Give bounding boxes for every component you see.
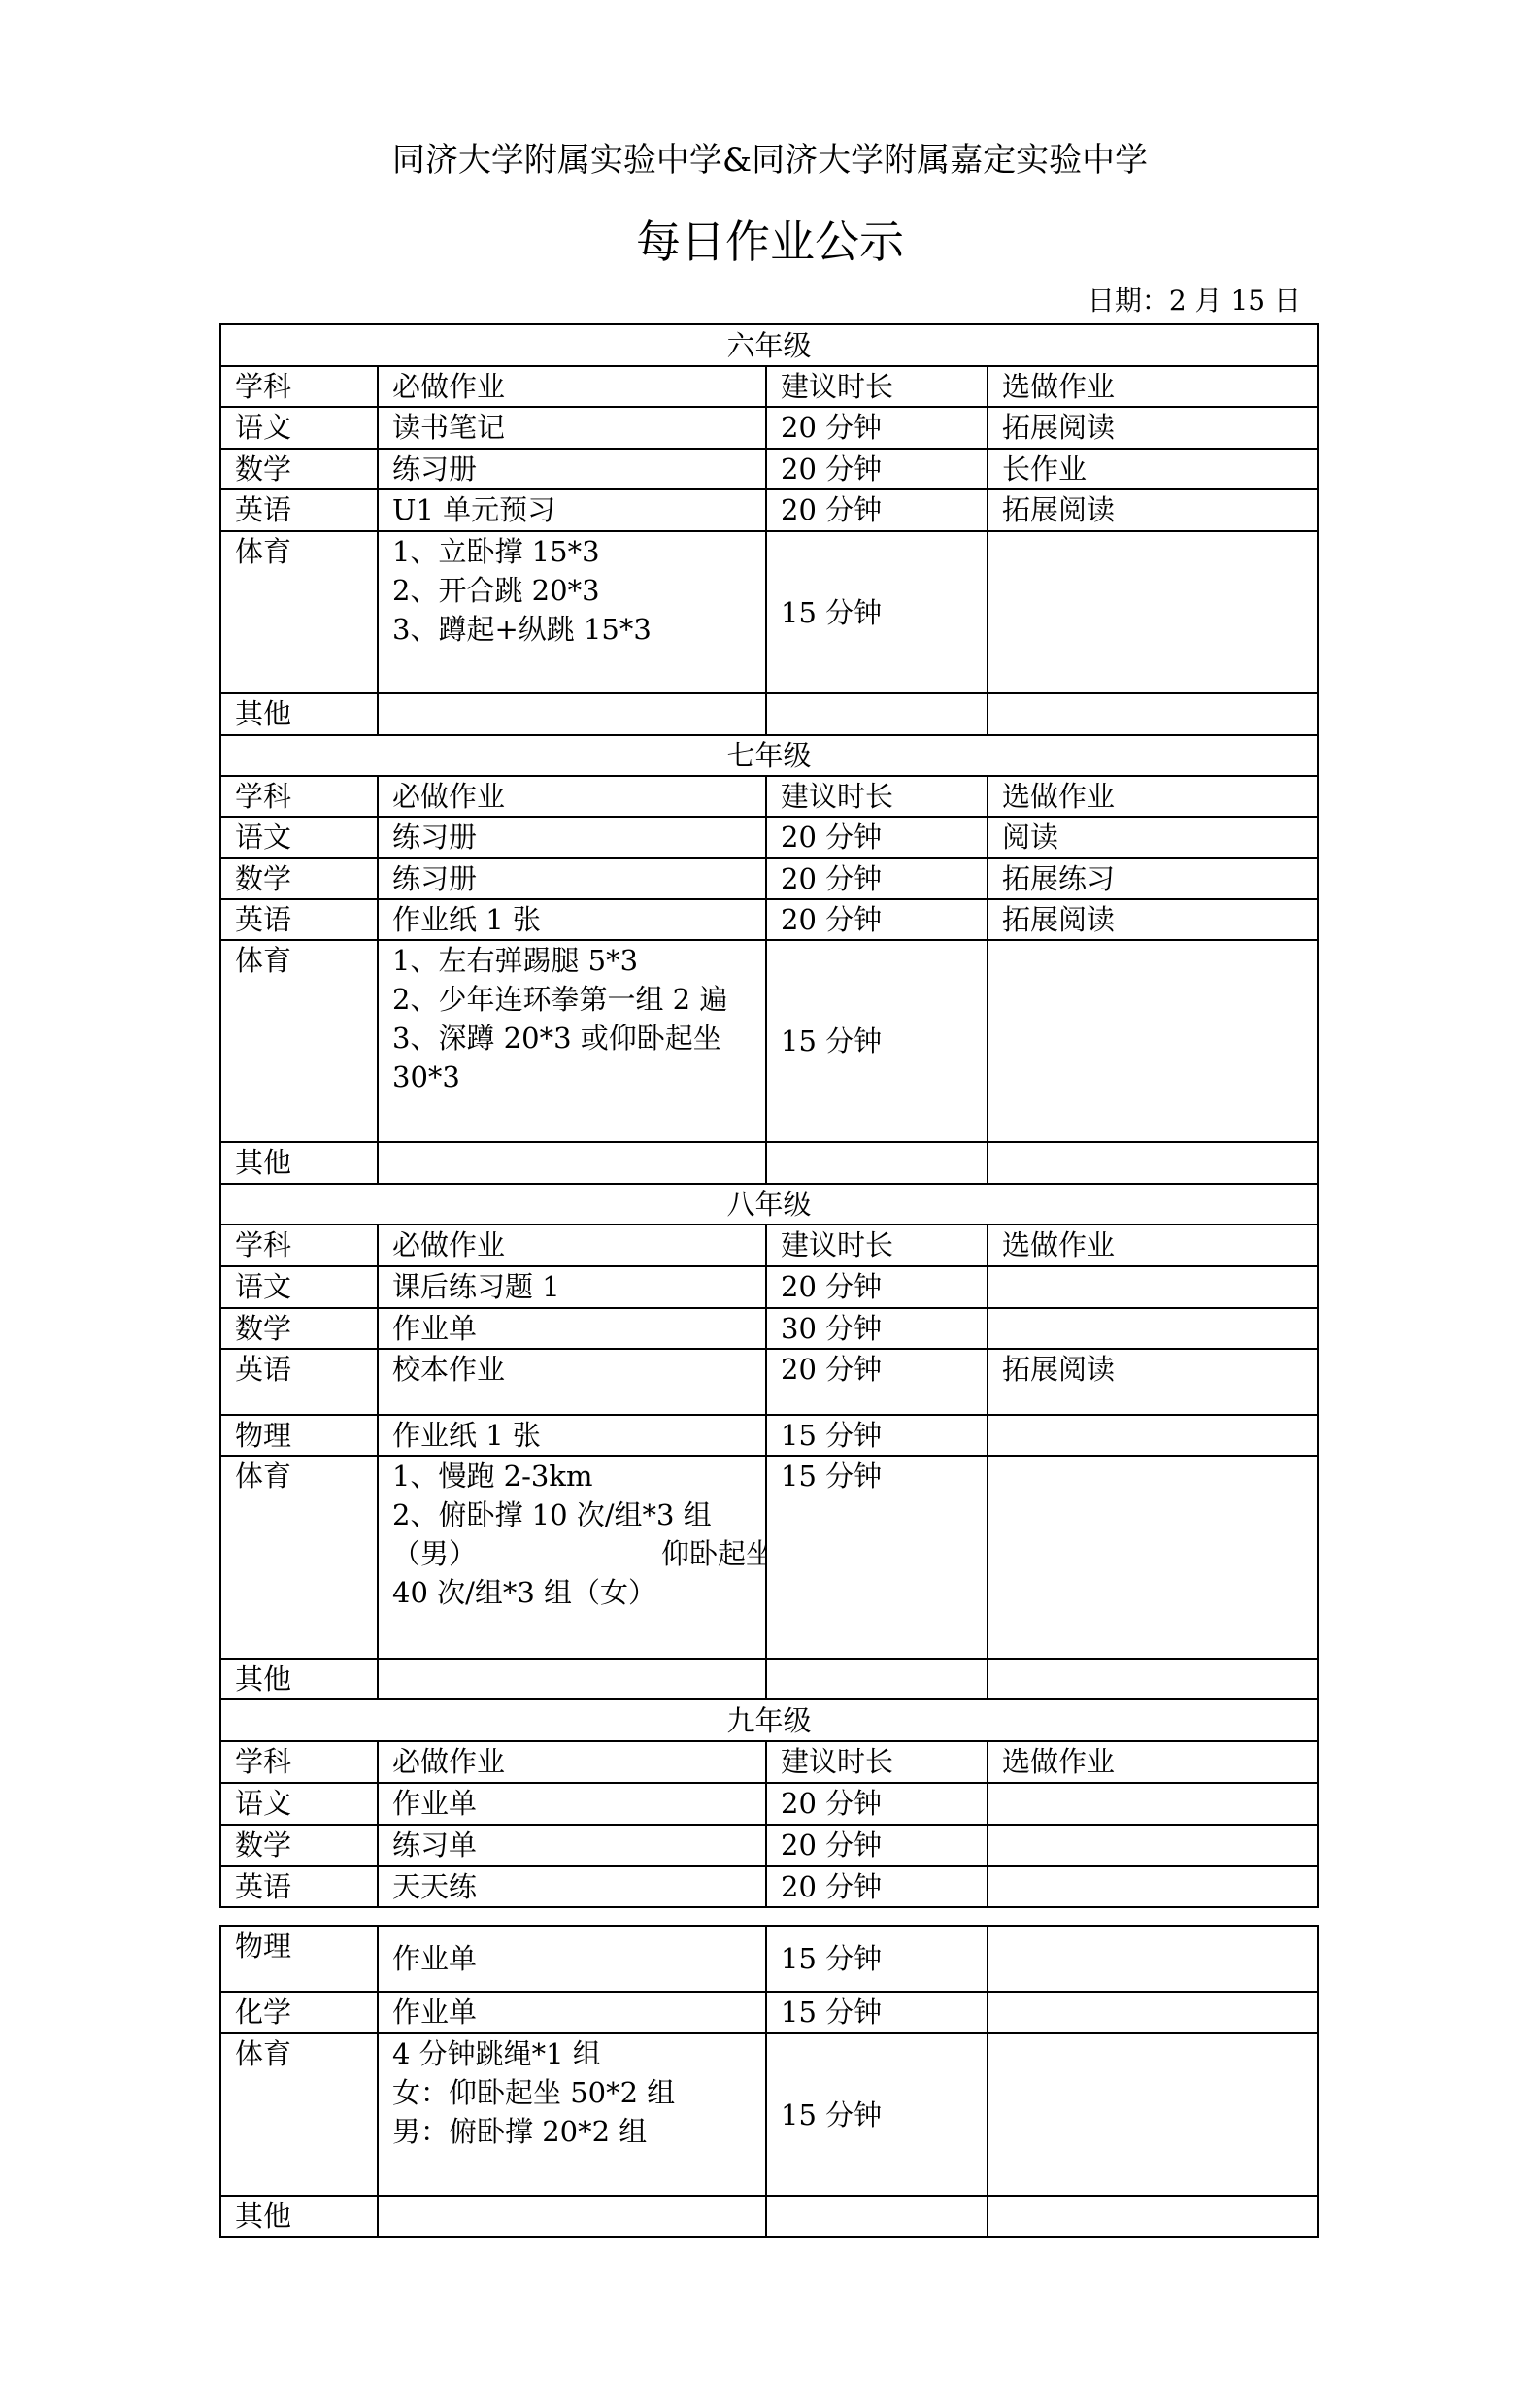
col-optional-header: 选做作业 <box>988 1741 1318 1783</box>
table-row: 数学 练习册 20 分钟 长作业 <box>220 449 1318 489</box>
subject-cell: 体育 <box>220 1456 378 1659</box>
required-line: 2、俯卧撑 10 次/组*3 组 <box>392 1495 765 1534</box>
required-line-part: 仰卧起坐 <box>661 1537 766 1570</box>
table-row: 语文 读书笔记 20 分钟 拓展阅读 <box>220 407 1318 449</box>
col-subject-header: 学科 <box>220 1225 378 1266</box>
duration-cell: 20 分钟 <box>766 899 988 940</box>
subject-cell: 化学 <box>220 1992 378 2033</box>
table-row: 数学 练习单 20 分钟 <box>220 1825 1318 1866</box>
table-row: 其他 <box>220 1142 1318 1184</box>
required-cell: 作业单 <box>378 1992 766 2033</box>
subject-cell: 其他 <box>220 693 378 735</box>
duration-cell <box>766 2196 988 2237</box>
optional-cell: 拓展阅读 <box>988 489 1318 531</box>
subject-cell: 英语 <box>220 899 378 940</box>
required-line: 男：俯卧撑 20*2 组 <box>392 2112 765 2151</box>
table-row: 体育 1、左右弹踢腿 5*3 2、少年连环拳第一组 2 遍 3、深蹲 20*3 … <box>220 940 1318 1142</box>
required-line: 1、立卧撑 15*3 <box>392 532 765 571</box>
col-duration-header: 建议时长 <box>766 1225 988 1266</box>
duration-cell: 15 分钟 <box>766 1926 988 1992</box>
required-line: 2、开合跳 20*3 <box>392 571 765 610</box>
column-header-row: 学科 必做作业 建议时长 选做作业 <box>220 776 1318 817</box>
homework-table: 六年级 学科 必做作业 建议时长 选做作业 语文 读书笔记 20 分钟 拓展阅读… <box>219 323 1319 1908</box>
required-cell: 练习册 <box>378 449 766 489</box>
required-cell: 读书笔记 <box>378 407 766 449</box>
grade-header-row: 九年级 <box>220 1699 1318 1741</box>
table-row: 体育 1、慢跑 2-3km 2、俯卧撑 10 次/组*3 组 （男）仰卧起坐 4… <box>220 1456 1318 1659</box>
grade-6-header: 六年级 <box>220 324 1318 366</box>
table-row: 语文 课后练习题 1 20 分钟 <box>220 1266 1318 1308</box>
table-row: 体育 4 分钟跳绳*1 组 女：仰卧起坐 50*2 组 男：俯卧撑 20*2 组… <box>220 2033 1318 2196</box>
required-cell: 天天练 <box>378 1866 766 1907</box>
required-line: （男）仰卧起坐 <box>392 1534 765 1573</box>
required-cell <box>378 693 766 735</box>
grade-9-header: 九年级 <box>220 1699 1318 1741</box>
duration-cell: 15 分钟 <box>766 940 988 1142</box>
table-row: 英语 校本作业 20 分钟 拓展阅读 <box>220 1349 1318 1415</box>
col-required-header: 必做作业 <box>378 1225 766 1266</box>
required-line: 40 次/组*3 组（女） <box>392 1573 765 1612</box>
required-line: 1、慢跑 2-3km <box>392 1457 765 1495</box>
optional-cell <box>988 2196 1318 2237</box>
table-row: 物理 作业单 15 分钟 <box>220 1926 1318 1992</box>
optional-cell <box>988 1142 1318 1184</box>
optional-cell <box>988 1926 1318 1992</box>
duration-cell: 15 分钟 <box>766 531 988 693</box>
col-required-header: 必做作业 <box>378 776 766 817</box>
optional-cell <box>988 1825 1318 1866</box>
col-duration-header: 建议时长 <box>766 776 988 817</box>
table-row: 语文 练习册 20 分钟 阅读 <box>220 817 1318 858</box>
optional-cell <box>988 1992 1318 2033</box>
table-row: 化学 作业单 15 分钟 <box>220 1992 1318 2033</box>
duration-cell: 15 分钟 <box>766 1456 988 1659</box>
optional-cell: 长作业 <box>988 449 1318 489</box>
optional-cell <box>988 2033 1318 2196</box>
grade-8-header: 八年级 <box>220 1184 1318 1225</box>
duration-cell: 20 分钟 <box>766 817 988 858</box>
duration-cell: 20 分钟 <box>766 1266 988 1308</box>
date-label: 日期：2 月 15 日 <box>1088 284 1301 319</box>
optional-cell <box>988 1866 1318 1907</box>
subject-cell: 其他 <box>220 1659 378 1699</box>
required-cell: 练习册 <box>378 858 766 899</box>
table-row: 英语 作业纸 1 张 20 分钟 拓展阅读 <box>220 899 1318 940</box>
subject-cell: 数学 <box>220 858 378 899</box>
subject-cell: 数学 <box>220 1308 378 1349</box>
subject-cell: 体育 <box>220 2033 378 2196</box>
optional-cell <box>988 1456 1318 1659</box>
column-header-row: 学科 必做作业 建议时长 选做作业 <box>220 1741 1318 1783</box>
table-row: 英语 U1 单元预习 20 分钟 拓展阅读 <box>220 489 1318 531</box>
required-cell: 1、慢跑 2-3km 2、俯卧撑 10 次/组*3 组 （男）仰卧起坐 40 次… <box>378 1456 766 1659</box>
table-row: 英语 天天练 20 分钟 <box>220 1866 1318 1907</box>
col-required-header: 必做作业 <box>378 1741 766 1783</box>
duration-cell: 20 分钟 <box>766 1783 988 1825</box>
duration-cell: 15 分钟 <box>766 2033 988 2196</box>
subject-cell: 体育 <box>220 940 378 1142</box>
subject-cell: 其他 <box>220 1142 378 1184</box>
subject-cell: 数学 <box>220 1825 378 1866</box>
required-line: 4 分钟跳绳*1 组 <box>392 2034 765 2073</box>
table-row: 其他 <box>220 693 1318 735</box>
required-line: 3、蹲起+纵跳 15*3 <box>392 610 765 649</box>
duration-cell: 20 分钟 <box>766 1349 988 1415</box>
subject-cell: 语文 <box>220 817 378 858</box>
optional-cell <box>988 1783 1318 1825</box>
required-cell <box>378 1659 766 1699</box>
required-cell: 校本作业 <box>378 1349 766 1415</box>
col-duration-header: 建议时长 <box>766 366 988 407</box>
subject-cell: 英语 <box>220 1866 378 1907</box>
optional-cell <box>988 1659 1318 1699</box>
table-row: 语文 作业单 20 分钟 <box>220 1783 1318 1825</box>
optional-cell: 拓展阅读 <box>988 407 1318 449</box>
subject-cell: 其他 <box>220 2196 378 2237</box>
duration-cell <box>766 1659 988 1699</box>
subject-cell: 语文 <box>220 1783 378 1825</box>
required-cell <box>378 1142 766 1184</box>
optional-cell: 拓展练习 <box>988 858 1318 899</box>
duration-cell: 20 分钟 <box>766 489 988 531</box>
duration-cell <box>766 693 988 735</box>
optional-cell <box>988 1308 1318 1349</box>
subject-cell: 英语 <box>220 489 378 531</box>
required-cell: 1、左右弹踢腿 5*3 2、少年连环拳第一组 2 遍 3、深蹲 20*3 或仰卧… <box>378 940 766 1142</box>
optional-cell <box>988 1415 1318 1456</box>
grade-header-row: 七年级 <box>220 735 1318 776</box>
subject-cell: 语文 <box>220 407 378 449</box>
grade-header-row: 六年级 <box>220 324 1318 366</box>
required-line-part: （男） <box>392 1537 477 1570</box>
table-row: 其他 <box>220 1659 1318 1699</box>
col-optional-header: 选做作业 <box>988 1225 1318 1266</box>
duration-cell: 15 分钟 <box>766 1415 988 1456</box>
col-optional-header: 选做作业 <box>988 776 1318 817</box>
required-line: 1、左右弹踢腿 5*3 <box>392 941 765 980</box>
required-cell: 练习单 <box>378 1825 766 1866</box>
required-line: 3、深蹲 20*3 或仰卧起坐 <box>392 1019 765 1057</box>
duration-cell: 30 分钟 <box>766 1308 988 1349</box>
required-line: 2、少年连环拳第一组 2 遍 <box>392 980 765 1019</box>
col-required-header: 必做作业 <box>378 366 766 407</box>
required-cell: 4 分钟跳绳*1 组 女：仰卧起坐 50*2 组 男：俯卧撑 20*2 组 <box>378 2033 766 2196</box>
duration-cell: 15 分钟 <box>766 1992 988 2033</box>
subject-cell: 物理 <box>220 1926 378 1992</box>
table-row: 数学 作业单 30 分钟 <box>220 1308 1318 1349</box>
required-cell: 1、立卧撑 15*3 2、开合跳 20*3 3、蹲起+纵跳 15*3 <box>378 531 766 693</box>
duration-cell: 20 分钟 <box>766 407 988 449</box>
required-cell <box>378 2196 766 2237</box>
subject-cell: 体育 <box>220 531 378 693</box>
required-cell: 作业单 <box>378 1308 766 1349</box>
homework-table-continued: 物理 作业单 15 分钟 化学 作业单 15 分钟 体育 4 分钟跳绳*1 组 … <box>219 1925 1319 2238</box>
table-row: 其他 <box>220 2196 1318 2237</box>
column-header-row: 学科 必做作业 建议时长 选做作业 <box>220 366 1318 407</box>
subject-cell: 语文 <box>220 1266 378 1308</box>
school-title: 同济大学附属实验中学&同济大学附属嘉定实验中学 <box>0 139 1540 182</box>
table-row: 体育 1、立卧撑 15*3 2、开合跳 20*3 3、蹲起+纵跳 15*3 15… <box>220 531 1318 693</box>
optional-cell: 阅读 <box>988 817 1318 858</box>
duration-cell: 20 分钟 <box>766 449 988 489</box>
grade-header-row: 八年级 <box>220 1184 1318 1225</box>
duration-cell: 20 分钟 <box>766 1866 988 1907</box>
column-header-row: 学科 必做作业 建议时长 选做作业 <box>220 1225 1318 1266</box>
required-cell: 作业纸 1 张 <box>378 1415 766 1456</box>
optional-cell <box>988 1266 1318 1308</box>
optional-cell <box>988 693 1318 735</box>
col-optional-header: 选做作业 <box>988 366 1318 407</box>
optional-cell <box>988 531 1318 693</box>
page-title: 每日作业公示 <box>0 214 1540 270</box>
optional-cell: 拓展阅读 <box>988 1349 1318 1415</box>
required-cell: 作业单 <box>378 1783 766 1825</box>
required-cell: 课后练习题 1 <box>378 1266 766 1308</box>
duration-cell: 20 分钟 <box>766 1825 988 1866</box>
duration-cell: 20 分钟 <box>766 858 988 899</box>
required-cell: 作业纸 1 张 <box>378 899 766 940</box>
subject-cell: 物理 <box>220 1415 378 1456</box>
required-line: 30*3 <box>392 1057 765 1096</box>
optional-cell: 拓展阅读 <box>988 899 1318 940</box>
required-cell: 练习册 <box>378 817 766 858</box>
col-subject-header: 学科 <box>220 1741 378 1783</box>
required-cell: 作业单 <box>378 1926 766 1992</box>
table-row: 数学 练习册 20 分钟 拓展练习 <box>220 858 1318 899</box>
grade-7-header: 七年级 <box>220 735 1318 776</box>
required-line: 女：仰卧起坐 50*2 组 <box>392 2073 765 2112</box>
col-duration-header: 建议时长 <box>766 1741 988 1783</box>
col-subject-header: 学科 <box>220 366 378 407</box>
required-cell: U1 单元预习 <box>378 489 766 531</box>
optional-cell <box>988 940 1318 1142</box>
duration-cell <box>766 1142 988 1184</box>
table-row: 物理 作业纸 1 张 15 分钟 <box>220 1415 1318 1456</box>
subject-cell: 数学 <box>220 449 378 489</box>
col-subject-header: 学科 <box>220 776 378 817</box>
subject-cell: 英语 <box>220 1349 378 1415</box>
